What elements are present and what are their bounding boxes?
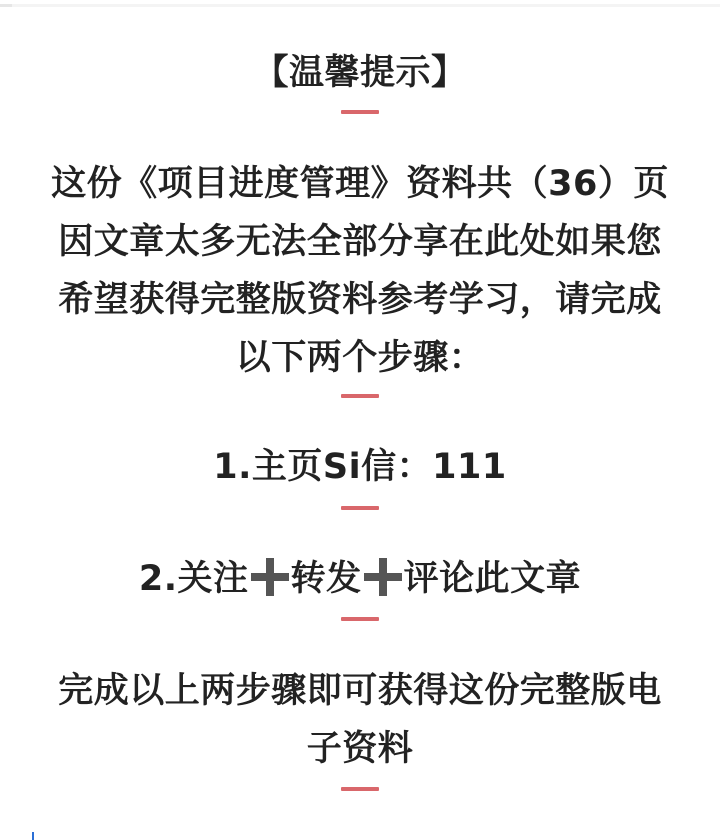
intro-paragraph: 这份《项目进度管理》资料共（36）页 因文章太多无法全部分享在此处如果您 希望获… xyxy=(40,155,680,387)
divider-2 xyxy=(341,394,379,398)
conclusion-line-2: 子资料 xyxy=(40,720,680,778)
step-2-share: 转发 xyxy=(291,559,362,599)
intro-line-4: 以下两个步骤： xyxy=(40,329,680,387)
conclusion-line-1: 完成以上两步骤即可获得这份完整版电 xyxy=(40,662,680,720)
text-cursor xyxy=(32,832,34,840)
top-border xyxy=(0,4,720,7)
intro-line-1: 这份《项目进度管理》资料共（36）页 xyxy=(40,155,680,213)
divider-3 xyxy=(341,506,379,510)
heavy-plus-icon xyxy=(364,558,402,596)
conclusion-paragraph: 完成以上两步骤即可获得这份完整版电 子资料 xyxy=(40,662,680,778)
divider-4 xyxy=(341,617,379,621)
step-1: 1.主页Si信：111 xyxy=(40,438,680,496)
notice-title: 【温馨提示】 xyxy=(40,44,680,102)
divider-1 xyxy=(341,110,379,114)
heavy-plus-icon xyxy=(251,558,289,596)
step-2-follow: 2.关注 xyxy=(139,559,249,599)
intro-line-3: 希望获得完整版资料参考学习，请完成 xyxy=(40,271,680,329)
step-2-comment: 评论此文章 xyxy=(404,559,582,599)
top-border-tab xyxy=(0,4,12,7)
step-2: 2.关注转发评论此文章 xyxy=(40,550,680,608)
intro-line-2: 因文章太多无法全部分享在此处如果您 xyxy=(40,213,680,271)
divider-5 xyxy=(341,787,379,791)
